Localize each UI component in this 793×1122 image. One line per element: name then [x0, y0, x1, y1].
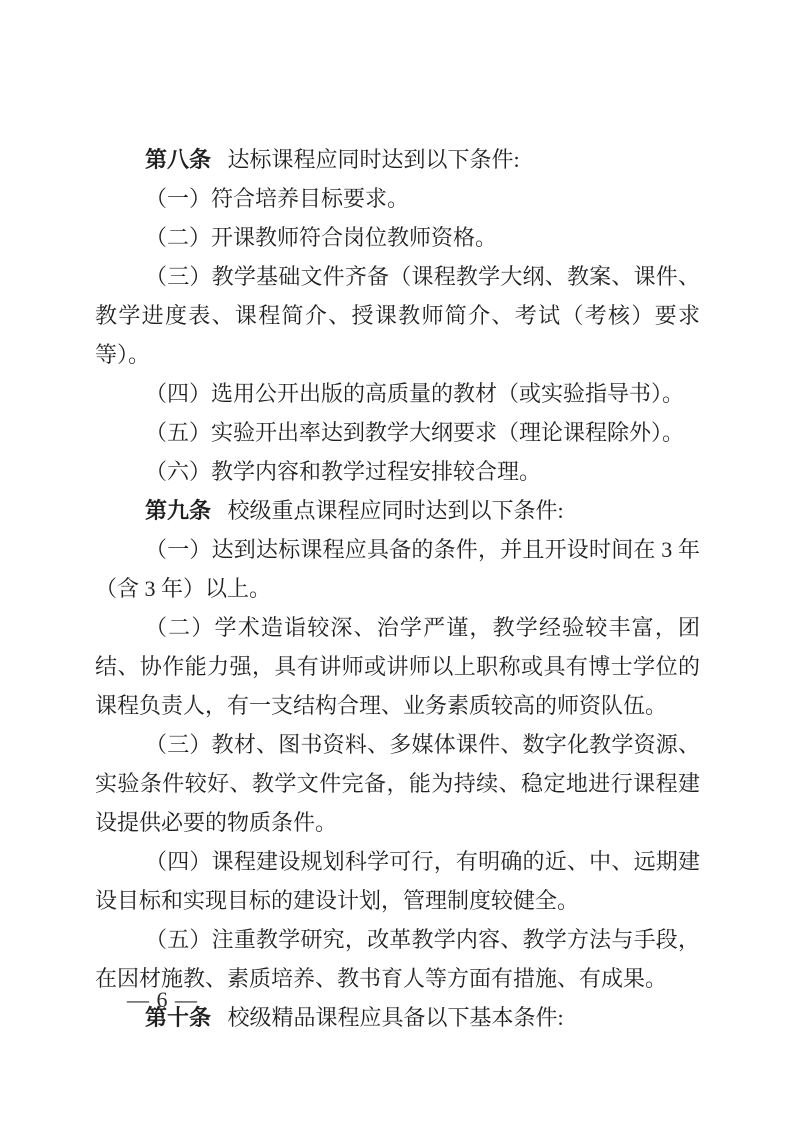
document-text-block: 第八条达标课程应同时达到以下条件: （一）符合培养目标要求。 （二）开课教师符合… [95, 140, 700, 1037]
paragraph-item: （四）课程建设规划科学可行，有明确的近、中、远期建设目标和实现目标的建设计划，管… [95, 842, 700, 920]
paragraph-text: （四）选用公开出版的高质量的教材（或实验指导书）。 [145, 381, 684, 406]
document-page: 第八条达标课程应同时达到以下条件: （一）符合培养目标要求。 （二）开课教师符合… [0, 0, 793, 1122]
paragraph-text: （六）教学内容和教学过程安排较合理。 [145, 459, 541, 484]
article-number: 第八条 [145, 147, 211, 172]
paragraph-item: （四）选用公开出版的高质量的教材（或实验指导书）。 [95, 374, 700, 413]
paragraph-text: （三）教学基础文件齐备（课程教学大纲、教案、课件、教学进度表、课程简介、授课教师… [95, 264, 700, 367]
paragraph-item: （五）实验开出率达到教学大纲要求（理论课程除外）。 [95, 413, 700, 452]
paragraph-text: （二）开课教师符合岗位教师资格。 [145, 225, 497, 250]
paragraph-text: （三）教材、图书资料、多媒体课件、数字化教学资源、实验条件较好、教学文件完备，能… [95, 732, 700, 835]
paragraph-text: （四）课程建设规划科学可行，有明确的近、中、远期建设目标和实现目标的建设计划，管… [95, 849, 700, 913]
paragraph-item: （六）教学内容和教学过程安排较合理。 [95, 452, 700, 491]
paragraph-text: 校级重点课程应同时达到以下条件: [228, 498, 564, 523]
paragraph-text: （一）达到达标课程应具备的条件，并且开设时间在 3 年（含 3 年）以上。 [95, 537, 700, 601]
paragraph-item: （二）学术造诣较深、治学严谨，教学经验较丰富，团结、协作能力强，具有讲师或讲师以… [95, 608, 700, 725]
paragraph-text: （一）符合培养目标要求。 [145, 186, 409, 211]
paragraph-article-9: 第九条校级重点课程应同时达到以下条件: [95, 491, 700, 530]
paragraph-item: （三）教材、图书资料、多媒体课件、数字化教学资源、实验条件较好、教学文件完备，能… [95, 725, 700, 842]
paragraph-item: （三）教学基础文件齐备（课程教学大纲、教案、课件、教学进度表、课程简介、授课教师… [95, 257, 700, 374]
paragraph-text: （二）学术造诣较深、治学严谨，教学经验较丰富，团结、协作能力强，具有讲师或讲师以… [95, 615, 700, 718]
paragraph-item: （二）开课教师符合岗位教师资格。 [95, 218, 700, 257]
article-number: 第九条 [145, 498, 211, 523]
paragraph-text: （五）实验开出率达到教学大纲要求（理论课程除外）。 [145, 420, 684, 445]
paragraph-item: （一）符合培养目标要求。 [95, 179, 700, 218]
paragraph-item: （一）达到达标课程应具备的条件，并且开设时间在 3 年（含 3 年）以上。 [95, 530, 700, 608]
page-number: — 6 — [127, 986, 198, 1014]
paragraph-article-8: 第八条达标课程应同时达到以下条件: [95, 140, 700, 179]
paragraph-text: 校级精品课程应具备以下基本条件: [228, 1005, 564, 1030]
paragraph-text: 达标课程应同时达到以下条件: [228, 147, 520, 172]
paragraph-text: （五）注重教学研究，改革教学内容、教学方法与手段，在因材施教、素质培养、教书育人… [95, 927, 700, 991]
